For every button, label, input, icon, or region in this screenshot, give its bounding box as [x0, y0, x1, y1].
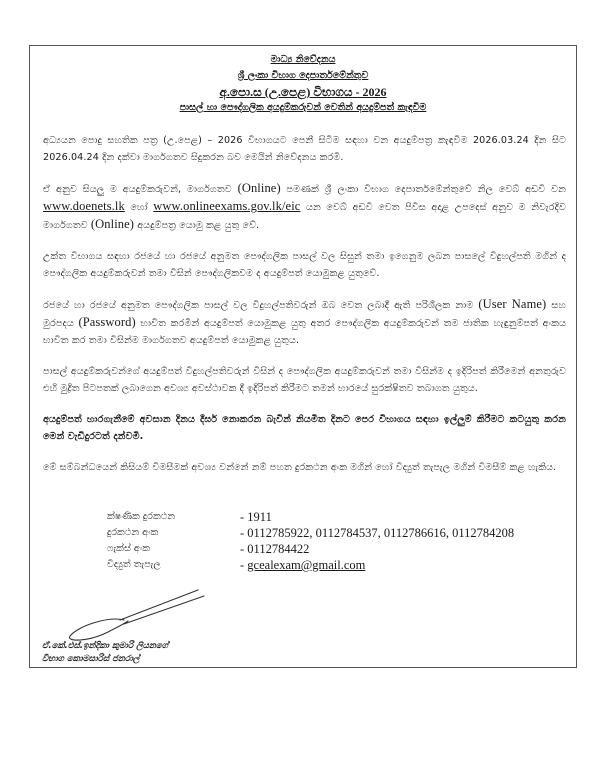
- paragraph-school-candidates: උක්ත විභාගය සඳහා රජයේ හා රජයේ අනුමත පෞද්…: [43, 248, 566, 282]
- contact-row-hotline: ක්ෂණික දුරකථන - 1911: [107, 509, 514, 525]
- header-department: ශ්‍රී ලංකා විභාග දෙපාර්තමේන්තුව: [30, 68, 576, 84]
- notice-document: මාධ්‍ය නිවේදනය ශ්‍රී ලංකා විභාග දෙපාර්තම…: [29, 45, 577, 668]
- link-doenets[interactable]: www.doenets.lk: [43, 199, 125, 213]
- email-link[interactable]: gcealexam@gmail.com: [247, 558, 365, 572]
- link-onlineexams[interactable]: www.onlineexams.gov.lk/eic: [153, 199, 300, 213]
- paragraph-credentials: රජයේ හා රජයේ අනුමත පෞද්ගලික පාසල් වල විද…: [43, 296, 566, 349]
- paragraph-deadline-warning: අයදුම්පත් භාරගැනීමේ අවසාන දිනය දීර්ඝ නොක…: [43, 411, 566, 445]
- header-subject: පාසල් හා පෞද්ගලික අයදුම්කරුවන් වෙතින් අය…: [30, 100, 576, 116]
- header-media-release: මාධ්‍ය නිවේදනය: [30, 52, 576, 68]
- document-header: මාධ්‍ය නිවේදනය ශ්‍රී ලංකා විභාග දෙපාර්තම…: [30, 52, 576, 116]
- paragraph-announcement: අධ්‍යයන පොදු සහතික පත්‍ර (උ.පෙළ) – 2026 …: [43, 132, 566, 166]
- contact-row-email: විද්‍යුත් තැපැල - gcealexam@gmail.com: [107, 557, 514, 573]
- signature-icon: [58, 586, 208, 644]
- header-exam-title: අ.පො.ස (උ.පෙළ) විභාගය - 2026: [30, 84, 576, 100]
- contact-list: ක්ෂණික දුරකථන - 1911 දුරකථන අංක - 011278…: [107, 509, 514, 573]
- paragraph-online-application: ඒ අනුව සියලු ම අයදුම්කරුවන්, මාර්ගගතව (O…: [43, 180, 566, 234]
- signer-block: ඒ.කේ.එස්.ඉන්දිකා කුමාරි ලියනගේ විභාග කොම…: [42, 640, 168, 666]
- signer-title: විභාග කොමසාරිස් ජනරාල්: [42, 653, 168, 666]
- document-body: අධ්‍යයන පොදු සහතික පත්‍ර (උ.පෙළ) – 2026 …: [43, 132, 566, 490]
- contact-row-fax: ෆැක්ස් අංක - 0112784422: [107, 541, 514, 557]
- paragraph-inquiries: මේ සම්බන්ධයෙන් කිසියම් විමසීමක් අවශ්‍ය ව…: [43, 459, 566, 476]
- signer-name: ඒ.කේ.එස්.ඉන්දිකා කුමාරි ලියනගේ: [42, 640, 168, 653]
- contact-row-phone: දුරකථන අංක - 0112785922, 0112784537, 011…: [107, 525, 514, 541]
- paragraph-printout: පාසල් අයදුම්කරුවන්ගේ අයදුම්පත් විදුහල්පත…: [43, 363, 566, 397]
